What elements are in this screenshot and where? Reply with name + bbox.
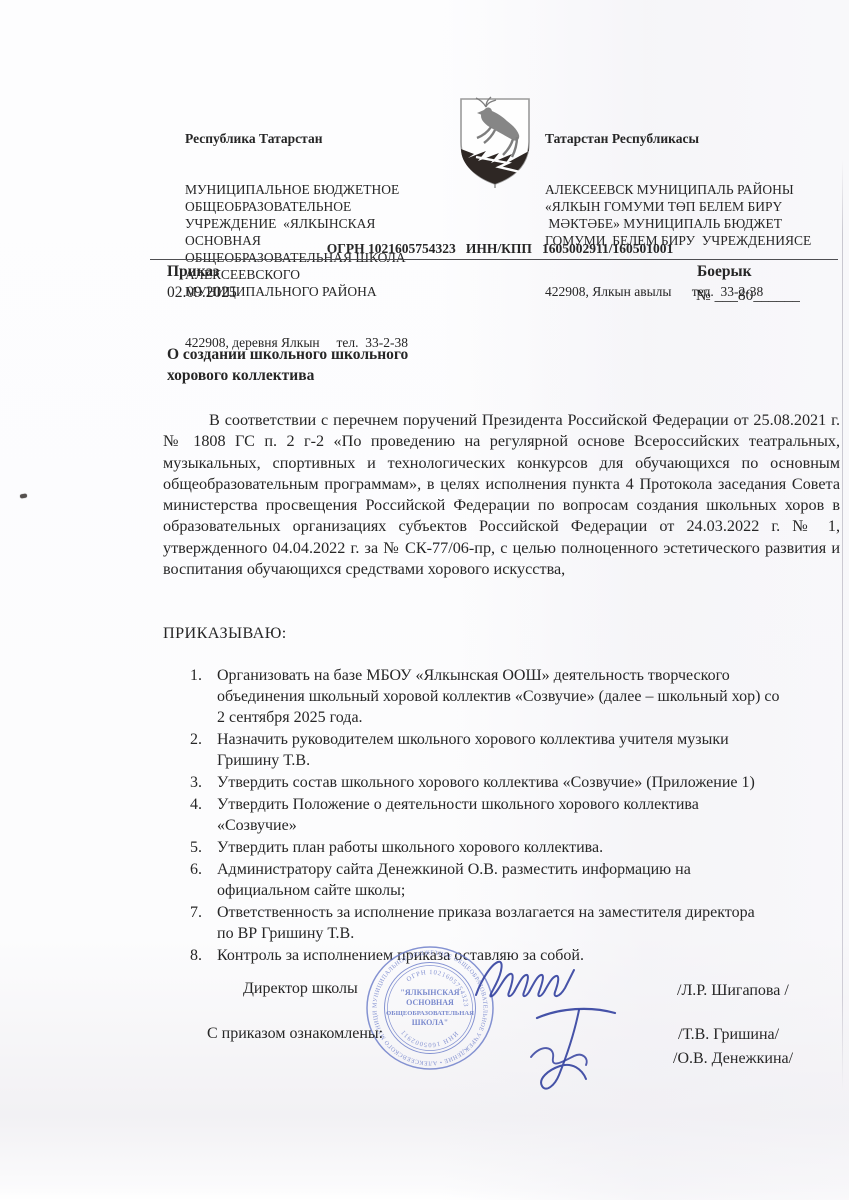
order-item: 5. Утвердить план работы школьного хоров…: [190, 837, 840, 858]
order-items-list: 1. Организовать на базе МБОУ «Ялкынская …: [190, 665, 840, 967]
order-item: 1. Организовать на базе МБОУ «Ялкынская …: [190, 665, 840, 728]
order-item: 3. Утвердить состав школьного хорового к…: [190, 772, 840, 793]
order-type-ru: Приказ: [167, 263, 219, 281]
order-type-tt: Боерык: [697, 263, 752, 281]
director-name: /Л.Р. Шигапова /: [677, 982, 789, 1000]
svg-text:ИНН 1605002911: ИНН 1605002911: [399, 1028, 459, 1048]
directive-word: ПРИКАЗЫВАЮ:: [163, 624, 287, 643]
scan-artifact-speck: [20, 494, 27, 499]
item-number: 5.: [190, 837, 217, 858]
director-label: Директор школы: [243, 980, 358, 998]
order-item: 4. Утвердить Положение о деятельности шк…: [190, 794, 840, 836]
header-right-block: Татарстан Республикасы АЛЕКСЕЕВСК МУНИЦИ…: [545, 96, 845, 334]
stamp-center-line4: ШКОЛА": [412, 1018, 448, 1027]
item-number: 3.: [190, 772, 217, 793]
document-title: О создании школьного школьного хорового …: [167, 344, 408, 386]
acknowledgement-signatures-ink: [515, 1000, 655, 1100]
svg-text:ОГРН 1021605754323: ОГРН 1021605754323: [405, 969, 469, 1008]
stamp-inn-text: ИНН 1605002911: [399, 1028, 459, 1048]
scanned-order-page: Республика Татарстан МУНИЦИПАЛЬНОЕ БЮДЖЕ…: [0, 0, 849, 1200]
item-text: Утвердить состав школьного хорового колл…: [217, 772, 839, 793]
registry-numbers: ОГРН 1021605754323 ИНН/КПП 1605002911/16…: [160, 241, 840, 257]
item-number: 2.: [190, 729, 217, 771]
item-text: Назначить руководителем школьного хорово…: [217, 729, 839, 771]
item-text: Утвердить план работы школьного хорового…: [217, 837, 839, 858]
region-name-tt: Татарстан Республикасы: [545, 130, 845, 147]
header-divider: [150, 259, 838, 260]
order-item: 7. Ответственность за исполнение приказа…: [190, 902, 840, 944]
preamble-paragraph: В соответствии с перечнем поручений През…: [163, 410, 840, 580]
order-item: 8. Контроль за исполнением приказа остав…: [190, 945, 840, 966]
school-address-tt: 422908, Ялкын авылы тел. 33-2-38: [545, 283, 845, 300]
item-text: Ответственность за исполнение приказа во…: [217, 902, 839, 944]
item-number: 7.: [190, 902, 217, 944]
item-text: Утвердить Положение о деятельности школь…: [217, 794, 839, 836]
order-item: 6. Администратору сайта Денежкиной О.В. …: [190, 859, 840, 901]
coat-of-arms-icon: [450, 92, 540, 190]
order-number: № ___80______: [696, 287, 800, 305]
stamp-center-line3: ОБЩЕОБРАЗОВАТЕЛЬНАЯ: [386, 1010, 474, 1017]
item-number: 1.: [190, 665, 217, 728]
item-number: 8.: [190, 945, 217, 966]
stamp-center-line1: "ЯЛКЫНСКАЯ: [400, 988, 459, 997]
item-number: 4.: [190, 794, 217, 836]
order-item: 2. Назначить руководителем школьного хор…: [190, 729, 840, 771]
region-name-ru: Республика Татарстан: [185, 130, 475, 147]
stamp-center-line2: ОСНОВНАЯ: [406, 998, 454, 1007]
acknowledged-label: С приказом ознакомлены:: [207, 1025, 383, 1043]
school-name-tt: АЛЕКСЕЕВСК МУНИЦИПАЛЬ РАЙОНЫ «ЯЛКЫН ГОМУ…: [545, 181, 845, 249]
order-date: 02.09.2025: [167, 284, 237, 302]
scan-artifact-page-edge: [842, 160, 843, 1090]
item-text: Организовать на базе МБОУ «Ялкынская ООШ…: [217, 665, 839, 728]
acknowledged-name-2: /О.В. Денежкина/: [673, 1050, 793, 1068]
acknowledged-name-1: /Т.В. Гришина/: [678, 1026, 779, 1044]
item-text: Администратору сайта Денежкиной О.В. раз…: [217, 859, 839, 901]
item-text: Контроль за исполнением приказа оставляю…: [217, 945, 839, 966]
item-number: 6.: [190, 859, 217, 901]
stamp-ogrn-text: ОГРН 1021605754323: [405, 969, 469, 1008]
